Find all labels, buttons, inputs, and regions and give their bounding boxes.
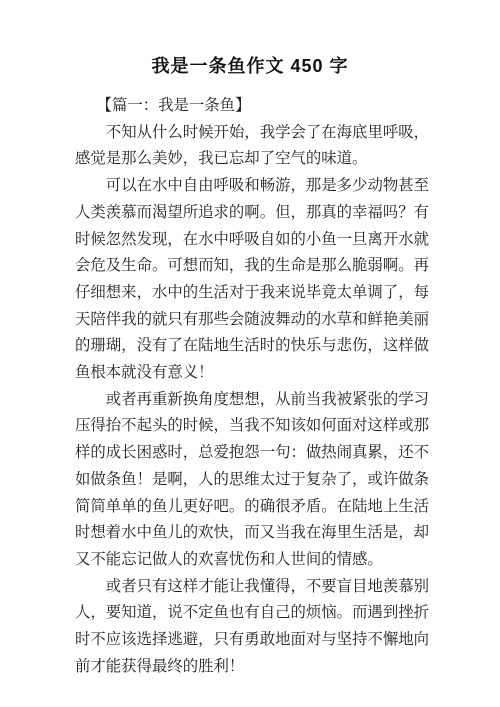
document-page: 我是一条鱼作文 450 字 【篇一：我是一条鱼】 不知从什么时候开始，我学会了在… xyxy=(0,0,500,707)
section-heading: 【篇一：我是一条鱼】 xyxy=(75,93,429,120)
document-body: 【篇一：我是一条鱼】 不知从什么时候开始，我学会了在海底里呼吸，感觉是那么美妙，… xyxy=(75,93,429,680)
paragraph-4: 或者只有这样才能让我懂得，不要盲目地羡慕别人，要知道，说不定鱼也有自己的烦恼。而… xyxy=(75,574,429,681)
paragraph-1: 不知从什么时候开始，我学会了在海底里呼吸，感觉是那么美妙，我已忘却了空气的味道。 xyxy=(75,120,429,173)
paragraph-2: 可以在水中自由呼吸和畅游，那是多少动物甚至人类羡慕而渴望所追求的啊。但，那真的幸… xyxy=(75,173,429,387)
document-title: 我是一条鱼作文 450 字 xyxy=(0,52,500,78)
paragraph-3: 或者再重新换角度想想，从前当我被紧张的学习压得抬不起头的时候，当我不知该如何面对… xyxy=(75,387,429,574)
